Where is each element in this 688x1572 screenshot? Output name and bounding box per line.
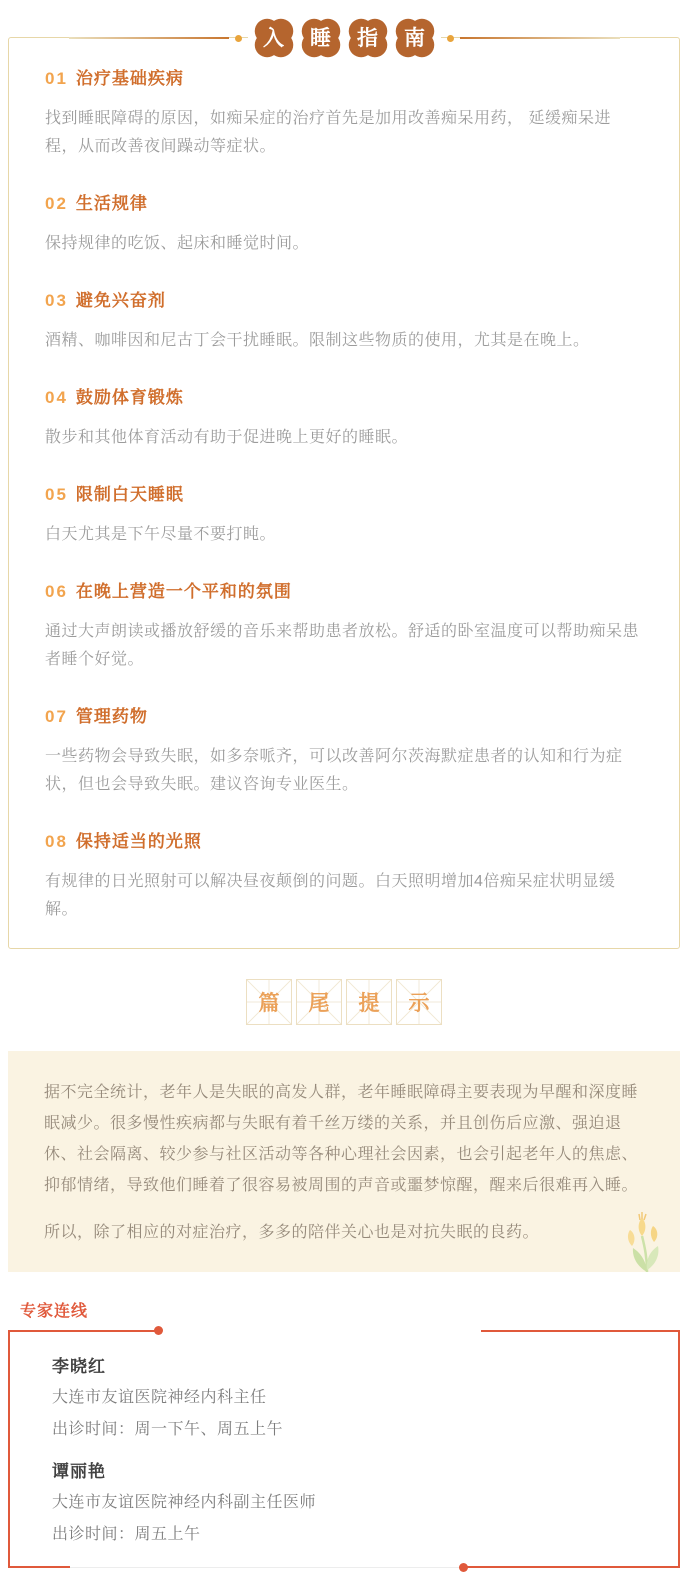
box-border-right	[678, 1330, 680, 1568]
section-heading: 02生活规律	[45, 189, 643, 214]
section-heading: 04鼓励体育锻炼	[45, 383, 643, 408]
box-border-top-right	[481, 1330, 680, 1332]
section-title: 治疗基础疾病	[76, 69, 184, 88]
tips-paragraph: 据不完全统计，老年人是失眠的高发人群，老年睡眠障碍主要表现为早醒和深度睡眠减少。…	[44, 1077, 644, 1201]
section-body: 白天尤其是下午尽量不要打盹。	[45, 521, 643, 549]
expert-schedule: 出诊时间：周一下午、周五上午	[52, 1417, 644, 1443]
section-heading: 01治疗基础疾病	[45, 64, 643, 89]
expert-name: 李晓红	[52, 1352, 644, 1377]
title-badges: 入 睡 指	[248, 16, 441, 60]
section-title: 生活规律	[76, 194, 148, 213]
section-number: 06	[45, 582, 68, 601]
section-number: 02	[45, 194, 68, 213]
quatrefoil-badge: 睡	[299, 16, 343, 60]
section-number: 04	[45, 388, 68, 407]
section-title: 鼓励体育锻炼	[76, 388, 184, 407]
article-page: 入 睡 指	[0, 0, 688, 1568]
sleep-guide-box: 入 睡 指	[8, 37, 680, 949]
box-border-left	[8, 1330, 10, 1568]
box-border-bottom-right	[467, 1566, 680, 1568]
decor-dot	[459, 1563, 468, 1572]
tips-summary-box: 据不完全统计，老年人是失眠的高发人群，老年睡眠障碍主要表现为早醒和深度睡眠减少。…	[8, 1051, 680, 1272]
grid-square-char: 提	[346, 979, 392, 1025]
section-number: 01	[45, 69, 68, 88]
section-body: 酒精、咖啡因和尼古丁会干扰睡眠。限制这些物质的使用，尤其是在晚上。	[45, 327, 643, 355]
experts-title: 专家连线	[20, 1298, 680, 1321]
grid-square-char: 尾	[296, 979, 342, 1025]
grid-square-char: 篇	[246, 979, 292, 1025]
section-body: 一些药物会导致失眠，如多奈哌齐，可以改善阿尔茨海默症患者的认知和行为症状，但也会…	[45, 743, 643, 799]
decor-dot-left	[235, 35, 242, 42]
section-heading: 08保持适当的光照	[45, 827, 643, 852]
section-body: 散步和其他体育活动有助于促进晚上更好的睡眠。	[45, 424, 643, 452]
title-char: 南	[393, 16, 437, 60]
expert-title: 大连市友谊医院神经内科副主任医师	[52, 1490, 644, 1516]
expert-entry: 谭丽艳 大连市友谊医院神经内科副主任医师 出诊时间：周五上午	[52, 1457, 644, 1548]
section-heading: 07管理药物	[45, 702, 643, 727]
box-border-top-left	[8, 1330, 158, 1332]
section-title: 避免兴奋剂	[76, 291, 166, 310]
section-heading: 05限制白天睡眠	[45, 480, 643, 505]
decor-line-right	[460, 37, 620, 39]
experts-box: 李晓红 大连市友谊医院神经内科主任 出诊时间：周一下午、周五上午 谭丽艳 大连市…	[8, 1330, 680, 1568]
sleep-guide-title: 入 睡 指	[9, 16, 679, 60]
section-number: 07	[45, 707, 68, 726]
quatrefoil-badge: 入	[252, 16, 296, 60]
quatrefoil-badge: 南	[393, 16, 437, 60]
grid-square-char: 示	[396, 979, 442, 1025]
flower-icon	[616, 1206, 668, 1272]
tips-paragraph: 所以，除了相应的对症治疗，多多的陪伴关心也是对抗失眠的良药。	[44, 1217, 644, 1248]
section-number: 03	[45, 291, 68, 310]
section-heading: 03避免兴奋剂	[45, 286, 643, 311]
section-number: 05	[45, 485, 68, 504]
title-char: 睡	[299, 16, 343, 60]
tips-title: 篇 尾 提 示	[0, 979, 688, 1025]
expert-entry: 李晓红 大连市友谊医院神经内科主任 出诊时间：周一下午、周五上午	[52, 1352, 644, 1443]
section-number: 08	[45, 832, 68, 851]
section-title: 管理药物	[76, 707, 148, 726]
expert-name: 谭丽艳	[52, 1457, 644, 1482]
section-body: 有规律的日光照射可以解决昼夜颠倒的问题。白天照明增加4倍痴呆症状明显缓解。	[45, 868, 643, 924]
expert-schedule: 出诊时间：周五上午	[52, 1522, 644, 1548]
expert-title: 大连市友谊医院神经内科主任	[52, 1385, 644, 1411]
box-border-bottom-middle	[70, 1567, 463, 1568]
section-title: 限制白天睡眠	[76, 485, 184, 504]
section-body: 找到睡眠障碍的原因，如痴呆症的治疗首先是加用改善痴呆用药， 延缓痴呆进程，从而改…	[45, 105, 643, 161]
quatrefoil-badge: 指	[346, 16, 390, 60]
decor-line-left	[69, 37, 229, 39]
box-border-bottom-left	[8, 1566, 70, 1568]
section-title: 保持适当的光照	[76, 832, 202, 851]
decor-dot-right	[447, 35, 454, 42]
section-title: 在晚上营造一个平和的氛围	[76, 582, 292, 601]
experts-section: 专家连线 李晓红 大连市友谊医院神经内科主任 出诊时间：周一下午、周五上午 谭丽…	[8, 1298, 680, 1568]
decor-dot	[154, 1326, 163, 1335]
title-char: 指	[346, 16, 390, 60]
title-char: 入	[252, 16, 296, 60]
section-heading: 06在晚上营造一个平和的氛围	[45, 577, 643, 602]
section-body: 保持规律的吃饭、起床和睡觉时间。	[45, 230, 643, 258]
section-body: 通过大声朗读或播放舒缓的音乐来帮助患者放松。舒适的卧室温度可以帮助痴呆患者睡个好…	[45, 618, 643, 674]
